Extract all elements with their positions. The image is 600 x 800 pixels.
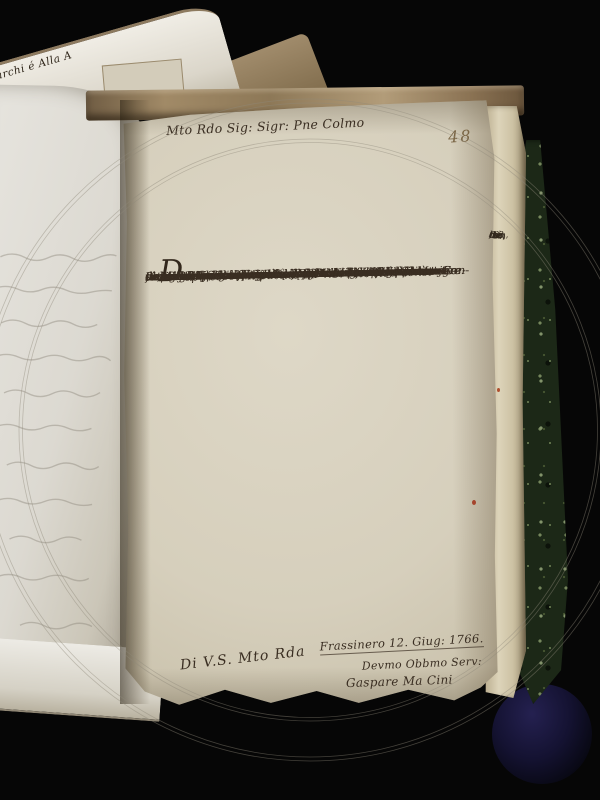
gutter-shadow bbox=[120, 100, 150, 704]
verso-fragment-text: Marchi é Alla A bbox=[0, 49, 73, 85]
letter-page: Mto Rdo Sig: Sigr: Pne Colmo 48 Dopo ess… bbox=[114, 97, 500, 712]
margin-fragment: mo, bbox=[487, 225, 507, 248]
manuscript-photo: Marchi é Alla A bbox=[0, 0, 600, 800]
page-shading bbox=[114, 97, 500, 712]
ink-speck bbox=[472, 500, 476, 505]
binding-corner bbox=[492, 684, 592, 784]
folio-number: 48 bbox=[448, 126, 473, 146]
ink-speck bbox=[497, 388, 500, 392]
